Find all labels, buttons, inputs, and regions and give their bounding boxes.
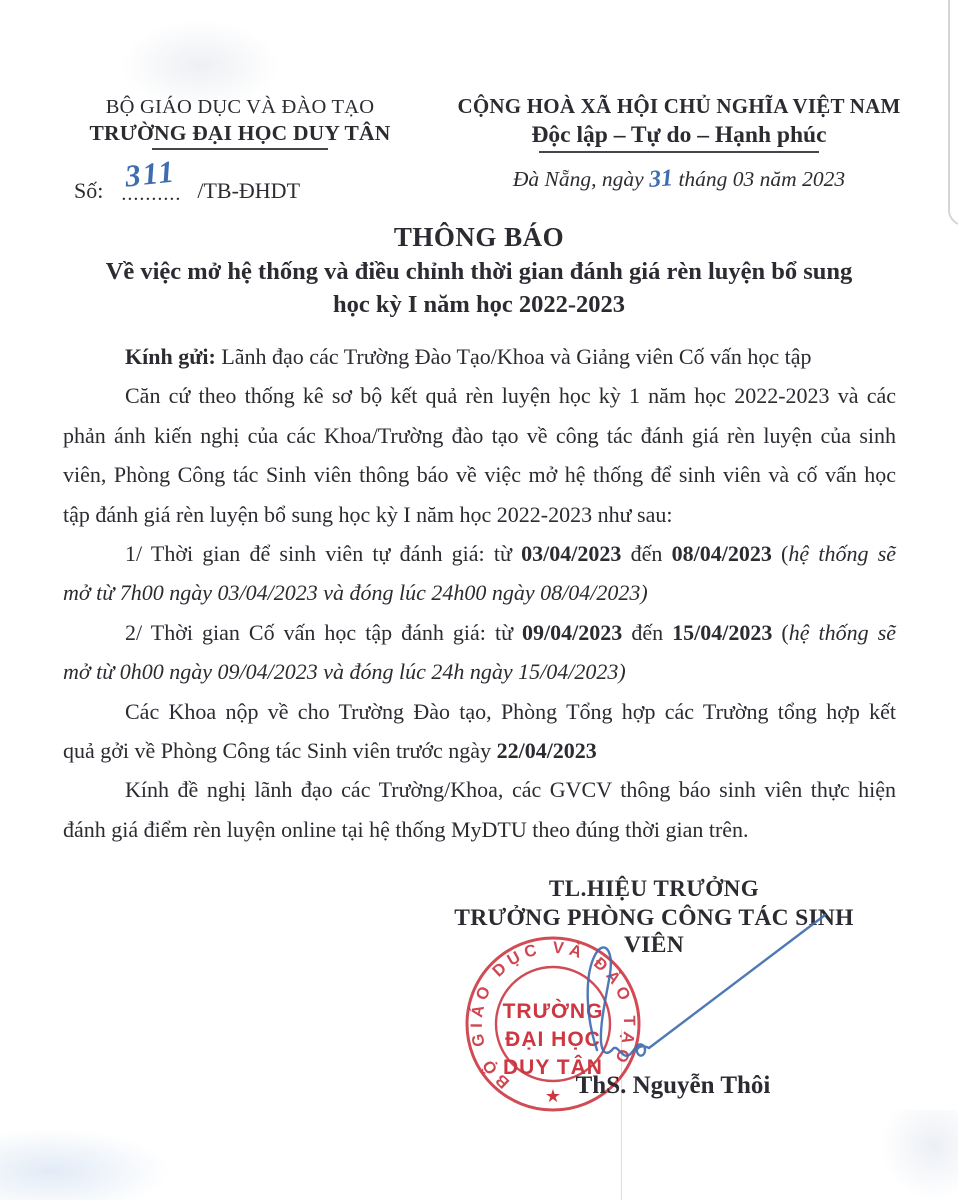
body-line: Căn cứ theo thống kê sơ bộ kết quả rèn l… [63, 383, 896, 422]
number-label: Số: [74, 178, 103, 204]
document-title: THÔNG BÁO [0, 222, 958, 253]
title-block: THÔNG BÁO Về việc mở hệ thống và điều ch… [0, 222, 958, 319]
university-name: TRƯỜNG ĐẠI HỌC DUY TÂN [56, 121, 424, 146]
header-left: BỘ GIÁO DỤC VÀ ĐÀO TẠO TRƯỜNG ĐẠI HỌC DU… [56, 96, 424, 150]
scan-smudge [880, 1110, 958, 1200]
handwritten-number: 311 [124, 153, 178, 194]
document-number-line: Số: .......... 311 /TB-ĐHDT [74, 170, 300, 204]
header-right-underline [539, 151, 819, 153]
body-line: 1/ Thời gian để sinh viên tự đánh giá: t… [63, 541, 896, 580]
body-line: mở từ 0h00 ngày 09/04/2023 và đóng lúc 2… [63, 659, 896, 698]
body-line: 2/ Thời gian Cố vấn học tập đánh giá: từ… [63, 620, 896, 659]
national-motto: Độc lập – Tự do – Hạnh phúc [442, 122, 916, 149]
body-line: đánh giá điểm rèn luyện online tại hệ th… [63, 817, 896, 856]
signer-name: ThS. Nguyễn Thôi [548, 1072, 798, 1100]
national-title: CỘNG HOÀ XÃ HỘI CHỦ NGHĨA VIỆT NAM [442, 94, 916, 119]
handwritten-signature [540, 890, 840, 1080]
body-line: mở từ 7h00 ngày 03/04/2023 và đóng lúc 2… [63, 580, 896, 619]
document-body: Kính gửi: Lãnh đạo các Trường Đào Tạo/Kh… [63, 344, 896, 856]
date-suffix: tháng 03 năm 2023 [673, 167, 845, 191]
scan-smudge [0, 1128, 170, 1200]
number-slot: .......... 311 [119, 170, 197, 204]
document-subtitle-1: Về việc mở hệ thống và điều chỉnh thời g… [0, 258, 958, 286]
date-prefix: Đà Nẵng, ngày [513, 167, 649, 191]
header-left-underline [152, 148, 328, 150]
ministry-name: BỘ GIÁO DỤC VÀ ĐÀO TẠO [56, 96, 424, 119]
body-line: Các Khoa nộp về cho Trường Đào tạo, Phòn… [63, 699, 896, 738]
number-suffix: /TB-ĐHDT [197, 178, 300, 204]
scanned-document-page: BỘ GIÁO DỤC VÀ ĐÀO TẠO TRƯỜNG ĐẠI HỌC DU… [0, 0, 958, 1200]
body-line: Kính gửi: Lãnh đạo các Trường Đào Tạo/Kh… [63, 344, 896, 383]
body-line: tập đánh giá rèn luyện bổ sung học kỳ I … [63, 502, 896, 541]
body-line: phản ánh kiến nghị của các Khoa/Trường đ… [63, 423, 896, 462]
place-date-line: Đà Nẵng, ngày 31 tháng 03 năm 2023 [442, 166, 916, 193]
scrollbar-thumb[interactable] [948, 0, 958, 226]
body-line: viên, Phòng Công tác Sinh viên thông báo… [63, 462, 896, 501]
handwritten-day: 31 [648, 165, 674, 194]
body-line: Kính đề nghị lãnh đạo các Trường/Khoa, c… [63, 777, 896, 816]
document-subtitle-2: học kỳ I năm học 2022-2023 [0, 291, 958, 319]
body-line: quả gởi về Phòng Công tác Sinh viên trướ… [63, 738, 896, 777]
header-right: CỘNG HOÀ XÃ HỘI CHỦ NGHĨA VIỆT NAM Độc l… [442, 94, 916, 193]
